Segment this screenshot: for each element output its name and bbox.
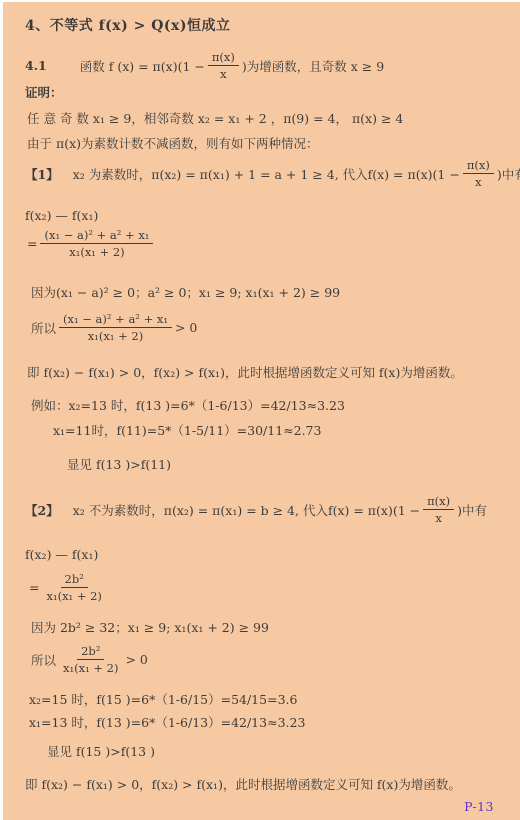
case2-because-line: 因为 2b² ≥ 32；x₁ ≥ 9; x₁(x₁ + 2) ≥ 99 (31, 621, 269, 635)
case2-example-x1: x₁=13 时，f(13 )=6*（1-6/13）=42/13≈3.23 (29, 716, 305, 730)
case1-example-x1: x₁=11时，f(11)=5*（1-5/11）=30/11≈2.73 (53, 424, 321, 438)
fraction-2b-squared: 2b² x₁(x₁ + 2) (59, 644, 122, 676)
therefore-label: 所以 (31, 319, 56, 337)
case2-heading-post: )中有 (457, 501, 487, 519)
fraction-pi-over-x: π(x) x (208, 50, 239, 82)
greater-than-zero: > 0 (175, 320, 197, 335)
case2-bracket: 【2】 (25, 501, 59, 519)
section-title: 4、不等式 f(x) > Q(x)恒成立 (25, 18, 231, 34)
subsection-text-pre: 函数 f (x) = π(x)(1 − (80, 57, 205, 75)
subsection-text-post: )为增函数，且奇数 x ≥ 9 (242, 57, 384, 75)
case2-example-x2: x₂=15 时，f(15 )=6*（1-6/15）=54/15=3.6 (29, 693, 297, 707)
premise-pi-cases: 由于 π(x)为素数计数不减函数，则有如下两种情况： (27, 137, 319, 151)
document-page: 4、不等式 f(x) > Q(x)恒成立 4.1 函数 f (x) = π(x)… (3, 2, 520, 820)
case2-diff-expression: f(x₂) — f(x₁) (25, 548, 98, 562)
fraction-2b-squared: 2b² x₁(x₁ + 2) (42, 572, 105, 604)
case1-example-x2: 例如：x₂=13 时，f(13 )=6*（1-6/13）=42/13≈3.23 (31, 399, 345, 413)
page-number: P-13 (464, 799, 494, 814)
case1-diff-expression: f(x₂) — f(x₁) (25, 209, 98, 223)
case2-conclusion: 即 f(x₂) − f(x₁) > 0，f(x₂) > f(x₁)，此时根据增函… (25, 778, 461, 792)
fraction-quadratic: (x₁ − a)² + a² + x₁ x₁(x₁ + 2) (40, 228, 153, 260)
case1-evident-line: 显见 f(13 )>f(11) (67, 458, 171, 472)
case1-heading: 【1】 x₂ 为素数时，π(x₂) = π(x₁) + 1 = a + 1 ≥ … (25, 158, 520, 190)
case1-heading-pre: x₂ 为素数时，π(x₂) = π(x₁) + 1 = a + 1 ≥ 4, 代… (73, 165, 460, 183)
case1-fraction-equation: = (x₁ − a)² + a² + x₁ x₁(x₁ + 2) (27, 228, 156, 260)
case1-heading-post: )中有： (497, 165, 520, 183)
case2-fraction-equation: = 2b² x₁(x₁ + 2) (29, 572, 109, 604)
case1-therefore-line: 所以 (x₁ − a)² + a² + x₁ x₁(x₁ + 2) > 0 (31, 312, 197, 344)
case2-heading: 【2】 x₂ 不为素数时，π(x₂) = π(x₁) = b ≥ 4, 代入f(… (25, 494, 487, 526)
case1-bracket: 【1】 (25, 165, 59, 183)
case2-therefore-line: 所以 2b² x₁(x₁ + 2) > 0 (31, 644, 148, 676)
equals-sign: = (29, 580, 39, 595)
greater-than-zero: > 0 (125, 652, 147, 667)
fraction-pi-over-x: π(x) x (423, 494, 454, 526)
fraction-pi-over-x: π(x) x (463, 158, 494, 190)
equals-sign: = (27, 236, 37, 251)
case1-conclusion: 即 f(x₂) − f(x₁) > 0，f(x₂) > f(x₁)，此时根据增函… (27, 366, 463, 380)
subsection-4-1: 4.1 函数 f (x) = π(x)(1 − π(x) x )为增函数，且奇数… (25, 50, 384, 82)
fraction-quadratic: (x₁ − a)² + a² + x₁ x₁(x₁ + 2) (59, 312, 172, 344)
case1-because-line: 因为(x₁ − a)² ≥ 0；a² ≥ 0；x₁ ≥ 9; x₁(x₁ + 2… (31, 286, 340, 300)
subsection-number: 4.1 (25, 58, 47, 73)
therefore-label: 所以 (31, 651, 56, 669)
premise-odd-numbers: 任 意 奇 数 x₁ ≥ 9，相邻奇数 x₂ = x₁ + 2 ，π(9) = … (27, 112, 403, 126)
case2-heading-pre: x₂ 不为素数时，π(x₂) = π(x₁) = b ≥ 4, 代入f(x) =… (73, 501, 420, 519)
proof-label: 证明： (25, 86, 63, 100)
case2-evident-line: 显见 f(15 )>f(13 ) (47, 745, 155, 759)
